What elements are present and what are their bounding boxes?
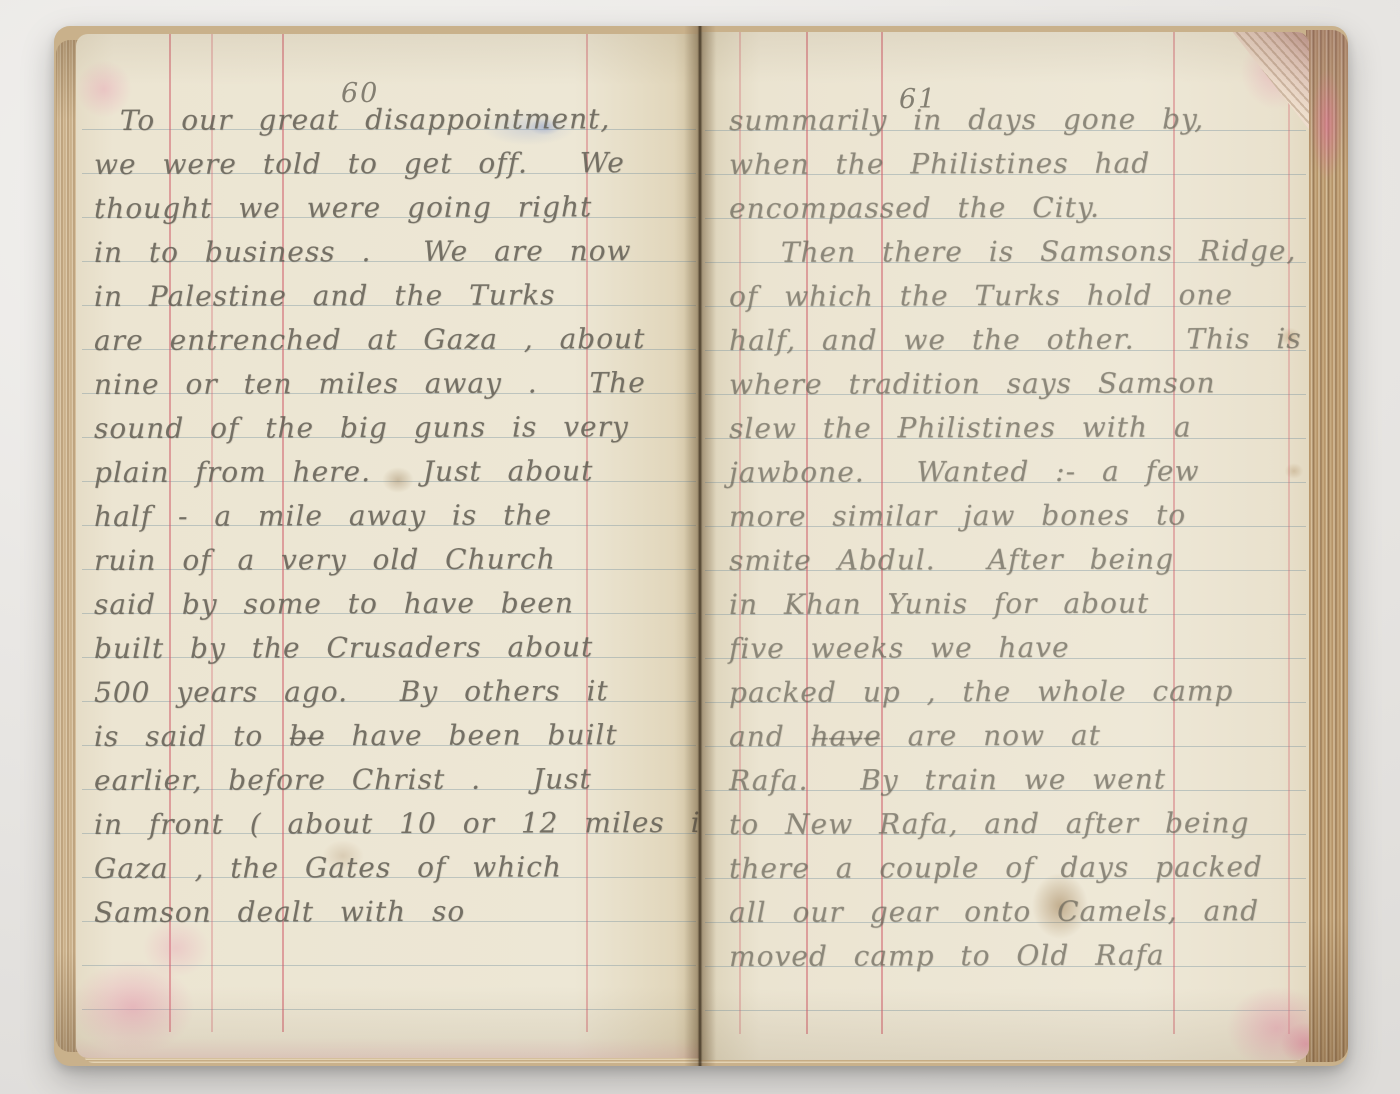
handwritten-line: ruin of a very old Church — [94, 537, 695, 583]
page-left: 60 To our great disappointment,we were t… — [76, 34, 699, 1058]
handwritten-line: plain from here. Just about — [94, 449, 695, 495]
handwritten-line: thought we were going right — [94, 185, 695, 231]
handwritten-line: earlier, before Christ . Just — [94, 757, 695, 803]
handwritten-line: To our great disappointment, — [94, 97, 695, 143]
handwritten-line: there a couple of days packed — [729, 845, 1305, 891]
handwritten-line: 500 years ago. By others it — [94, 669, 695, 715]
handwritten-line: Samson dealt with so — [94, 889, 695, 935]
handwritten-line: half - a mile away is the — [94, 493, 695, 539]
handwritten-line: smite Abdul. After being — [729, 537, 1305, 583]
handwritten-line: we were told to get off. We — [94, 141, 695, 187]
handwritten-line: are entrenched at Gaza , about — [94, 317, 695, 363]
pink-stain — [1271, 1014, 1309, 1060]
handwritten-line: Then there is Samsons Ridge, — [729, 229, 1305, 275]
handwritten-line: built by the Crusaders about — [94, 625, 695, 671]
pink-stain — [1207, 970, 1309, 1060]
handwritten-line: when the Philistines had — [729, 141, 1305, 187]
handwritten-line: slew the Philistines with a — [729, 405, 1305, 451]
handwritten-line: encompassed the City. — [729, 185, 1305, 231]
handwritten-line: sound of the big guns is very — [94, 405, 695, 451]
handwritten-line: is said to b̶e̶ have been built — [94, 713, 695, 759]
handwritten-line: to New Rafa, and after being — [729, 801, 1305, 847]
handwriting-right: summarily in days gone by,when the Phili… — [729, 98, 1305, 978]
handwritten-line: more similar jaw bones to — [729, 493, 1305, 539]
handwritten-line: packed up , the whole camp — [729, 669, 1305, 715]
photo-background: 60 To our great disappointment,we were t… — [0, 0, 1400, 1094]
handwritten-line: Rafa. By train we went — [729, 757, 1305, 803]
handwritten-line: moved camp to Old Rafa — [729, 933, 1305, 979]
handwritten-line: where tradition says Samson — [729, 361, 1305, 407]
handwritten-line: half, and we the other. This is — [729, 317, 1305, 363]
notebook: 60 To our great disappointment,we were t… — [54, 26, 1348, 1066]
handwritten-line: in to business . We are now — [94, 229, 695, 275]
handwritten-line: Gaza , the Gates of which — [94, 845, 695, 891]
handwritten-line: jawbone. Wanted :- a few — [729, 449, 1305, 495]
handwritten-line: and h̶a̶v̶e̶ are now at — [729, 713, 1305, 759]
handwriting-left: To our great disappointment,we were told… — [94, 98, 695, 934]
handwritten-line: in Khan Yunis for about — [729, 581, 1305, 627]
handwritten-line: nine or ten miles away . The — [94, 361, 695, 407]
page-right: 61 summarily in days gone by,when the Ph… — [699, 32, 1309, 1060]
handwritten-line: all our gear onto Camels, and — [729, 889, 1305, 935]
handwritten-line: summarily in days gone by, — [729, 97, 1305, 143]
handwritten-line: of which the Turks hold one — [729, 273, 1305, 319]
handwritten-line: said by some to have been — [94, 581, 695, 627]
page-edges-right — [1306, 30, 1348, 1062]
handwritten-line: in Palestine and the Turks — [94, 273, 695, 319]
pink-stain — [76, 942, 218, 1058]
pink-stain — [76, 1038, 699, 1058]
handwritten-line: in front ( about 10 or 12 miles is — [94, 801, 695, 847]
handwritten-line: five weeks we have — [729, 625, 1305, 671]
